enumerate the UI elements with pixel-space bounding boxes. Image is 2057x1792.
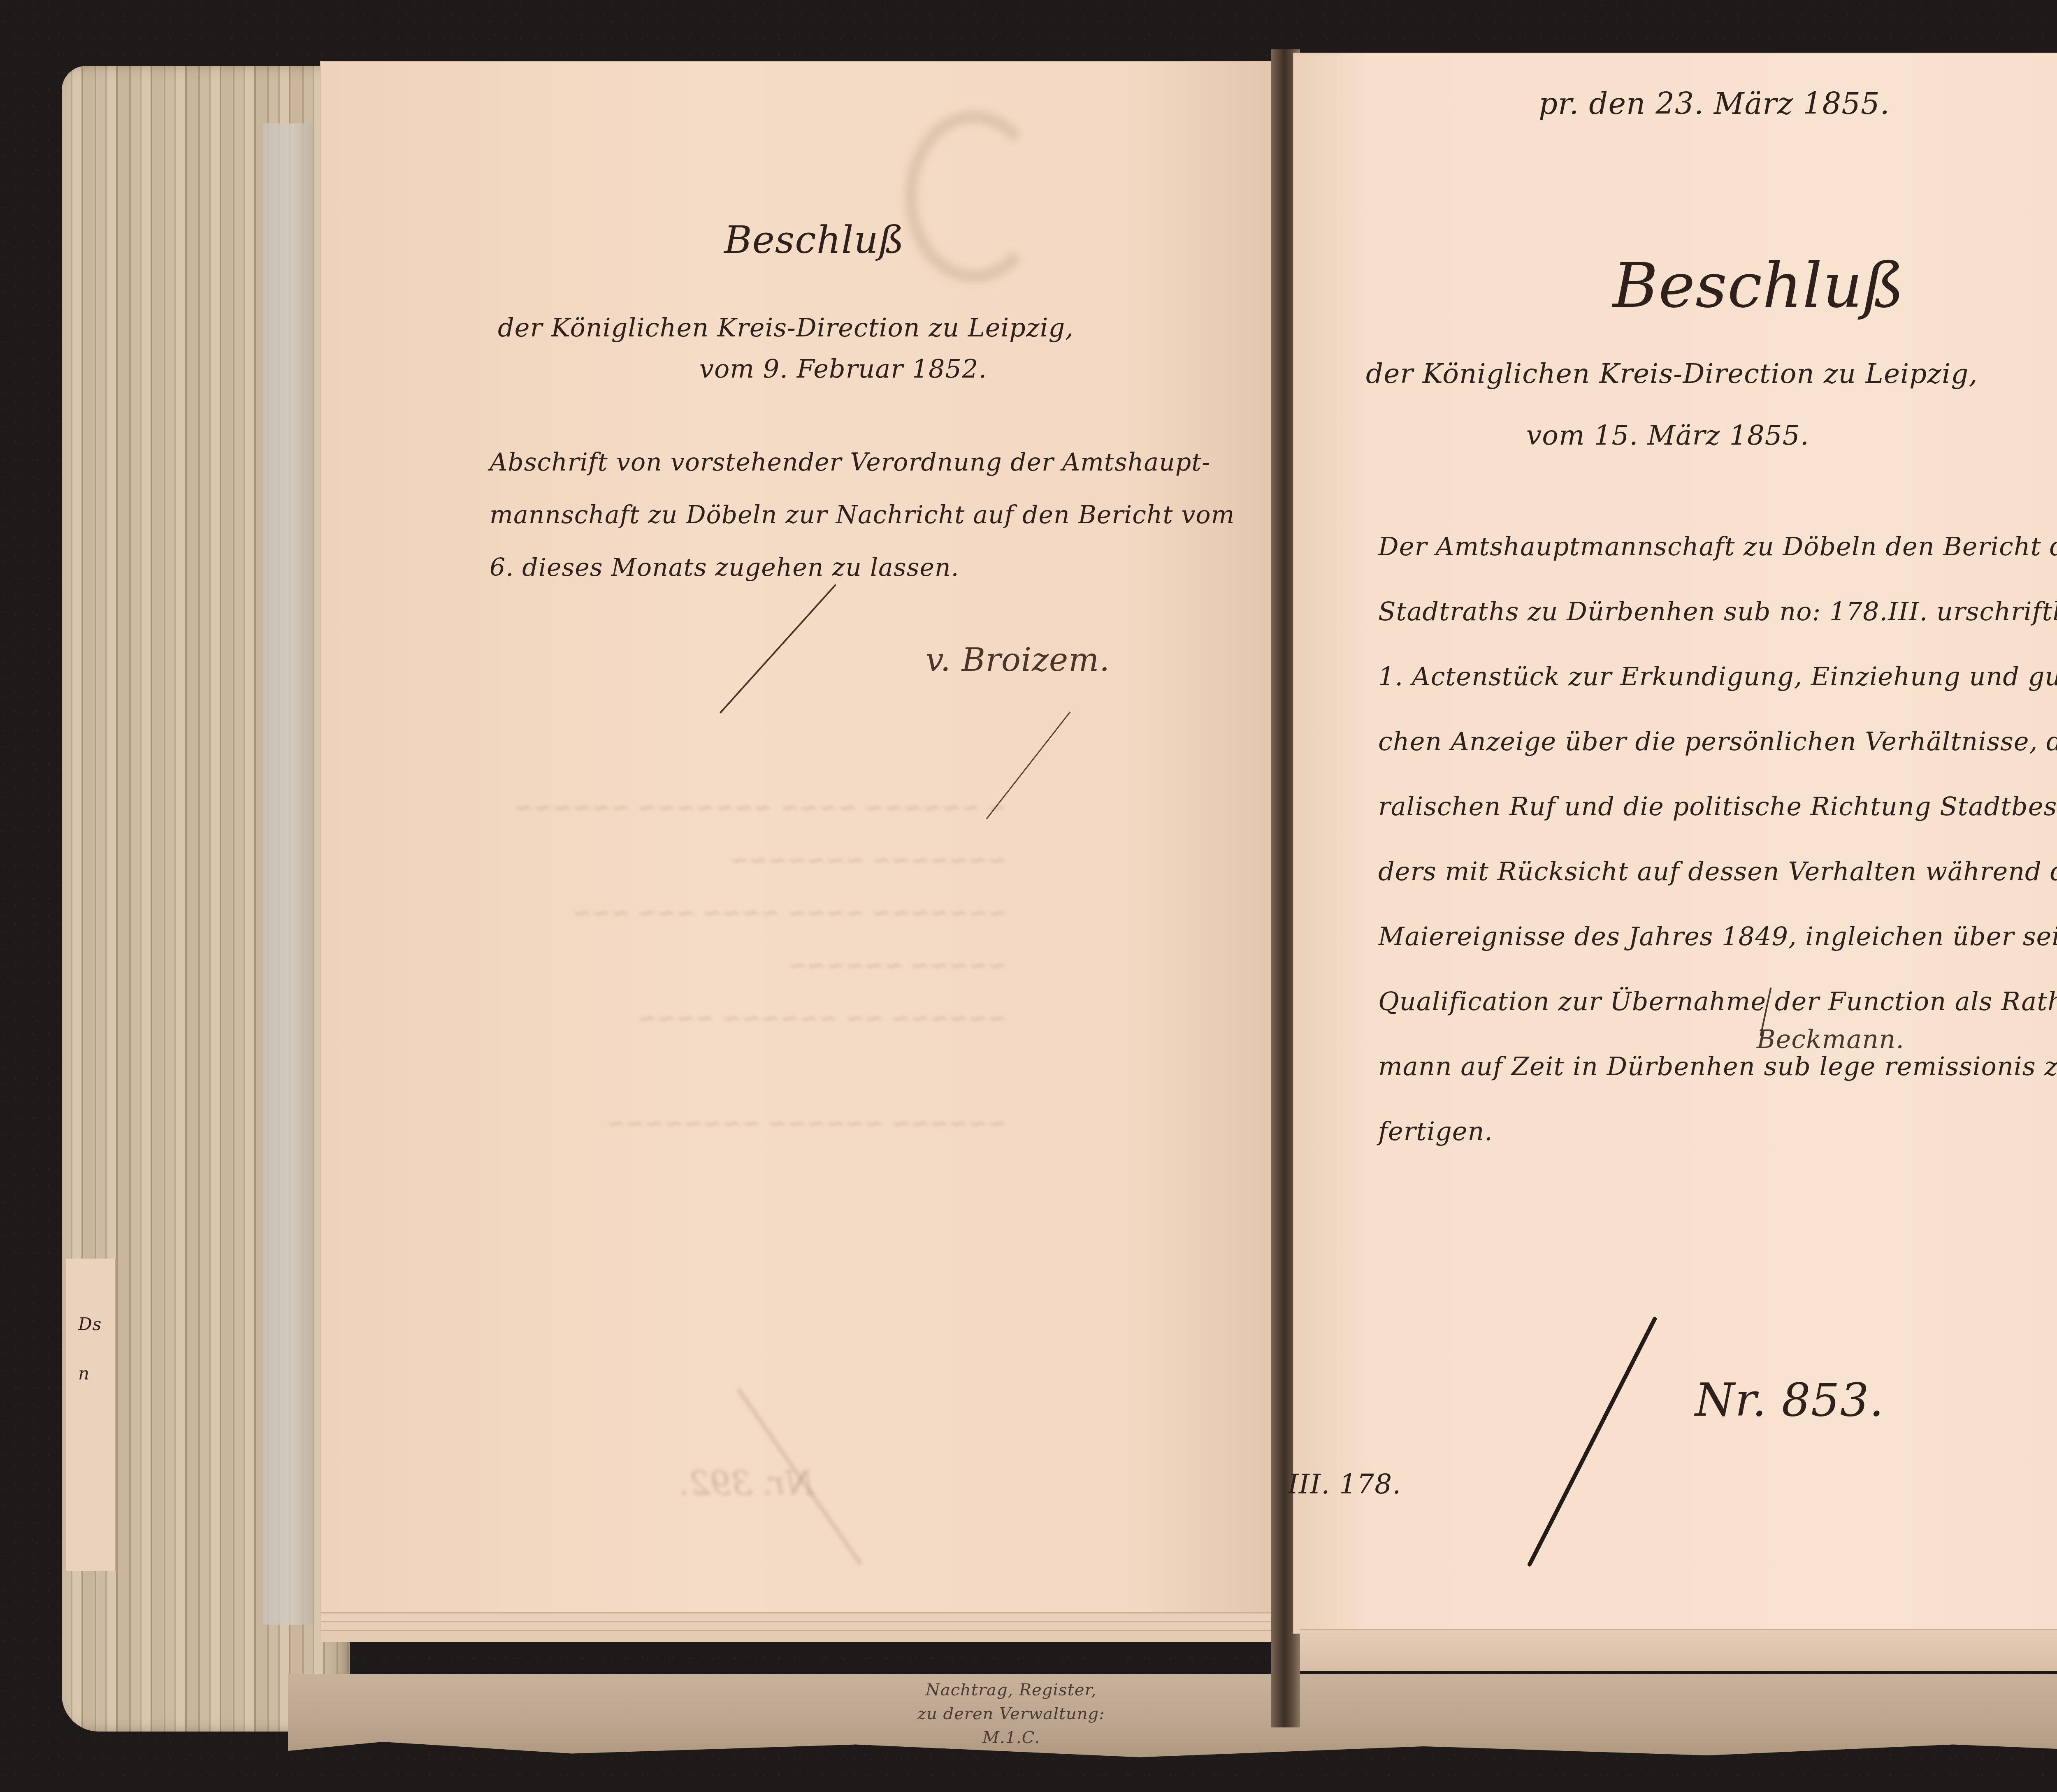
body-line: Abschrift von vorstehender Verordnung de… <box>490 436 1235 489</box>
archive-mark: III. 178. <box>1288 1468 1401 1500</box>
bottom-pasted-note: Nachtrag, Register, zu deren Verwaltung:… <box>917 1678 1105 1750</box>
body-line: 6. dieses Monats zugehen zu lassen. <box>490 541 1235 594</box>
body-line: Der Amtshauptmannschaft zu Döbeln den Be… <box>1378 514 2057 579</box>
ink-offset-stain <box>905 111 1043 282</box>
margin-slip-marks: Ds n <box>78 1300 102 1398</box>
registry-number: Nr. 853. <box>1695 1374 1884 1426</box>
body-line: 1. Actenstück zur Erkundigung, Einziehun… <box>1378 644 2057 709</box>
body-line: ders mit Rücksicht auf dessen Verhalten … <box>1378 839 2057 904</box>
body-line: mann auf Zeit in Dürbenhen sub lege remi… <box>1378 1034 2057 1099</box>
right-page-body: Der Amtshauptmannschaft zu Döbeln den Be… <box>1378 514 2057 1164</box>
body-line: ralischen Ruf und die politische Richtun… <box>1378 774 2057 839</box>
left-page-signature: v. Broizem. <box>926 642 1110 679</box>
right-page-signature: Beckmann. <box>1757 1024 1904 1054</box>
left-page-bottom-edges <box>321 1612 1275 1642</box>
margin-slip-mark: n <box>78 1349 102 1398</box>
received-note: pr. den 23. März 1855. <box>1539 86 1890 121</box>
left-page-stack-blue-leaf <box>263 123 313 1625</box>
body-line: Stadtraths zu Dürbenhen sub no: 178.III.… <box>1378 579 2057 644</box>
left-page-authority: der Königlichen Kreis-Direction zu Leipz… <box>498 313 1074 343</box>
body-line: mannschaft zu Döbeln zur Nachricht auf d… <box>490 489 1235 541</box>
body-line: Qualification zur Übernahme der Function… <box>1378 969 2057 1034</box>
note-line: M.1.C. <box>917 1726 1105 1750</box>
ink-offset-ghost-text: ~ ~~~~~~ ~~~~ ~~~~~~~ ~~~~~~~~~~~~~ ~~~~… <box>514 781 1007 1150</box>
body-line: chen Anzeige über die persönlichen Verhä… <box>1378 709 2057 774</box>
right-page-authority: der Königlichen Kreis-Direction zu Leipz… <box>1366 358 1978 389</box>
body-line: Maiereignisse des Jahres 1849, ingleiche… <box>1378 904 2057 969</box>
margin-slip-mark: Ds <box>78 1300 102 1349</box>
note-line: zu deren Verwaltung: <box>917 1702 1105 1726</box>
bottom-binding-edge <box>288 1674 2057 1764</box>
body-line: fertigen. <box>1378 1099 2057 1164</box>
right-page-bottom-edge <box>1300 1629 2057 1671</box>
left-page-date: vom 9. Februar 1852. <box>699 354 987 384</box>
right-page-date: vom 15. März 1855. <box>1526 420 1809 451</box>
left-page-body: Abschrift von vorstehender Verordnung de… <box>490 436 1235 594</box>
left-page-heading: Beschluß <box>724 218 904 262</box>
note-line: Nachtrag, Register, <box>917 1678 1105 1702</box>
right-page-heading: Beschluß <box>1613 255 1904 317</box>
